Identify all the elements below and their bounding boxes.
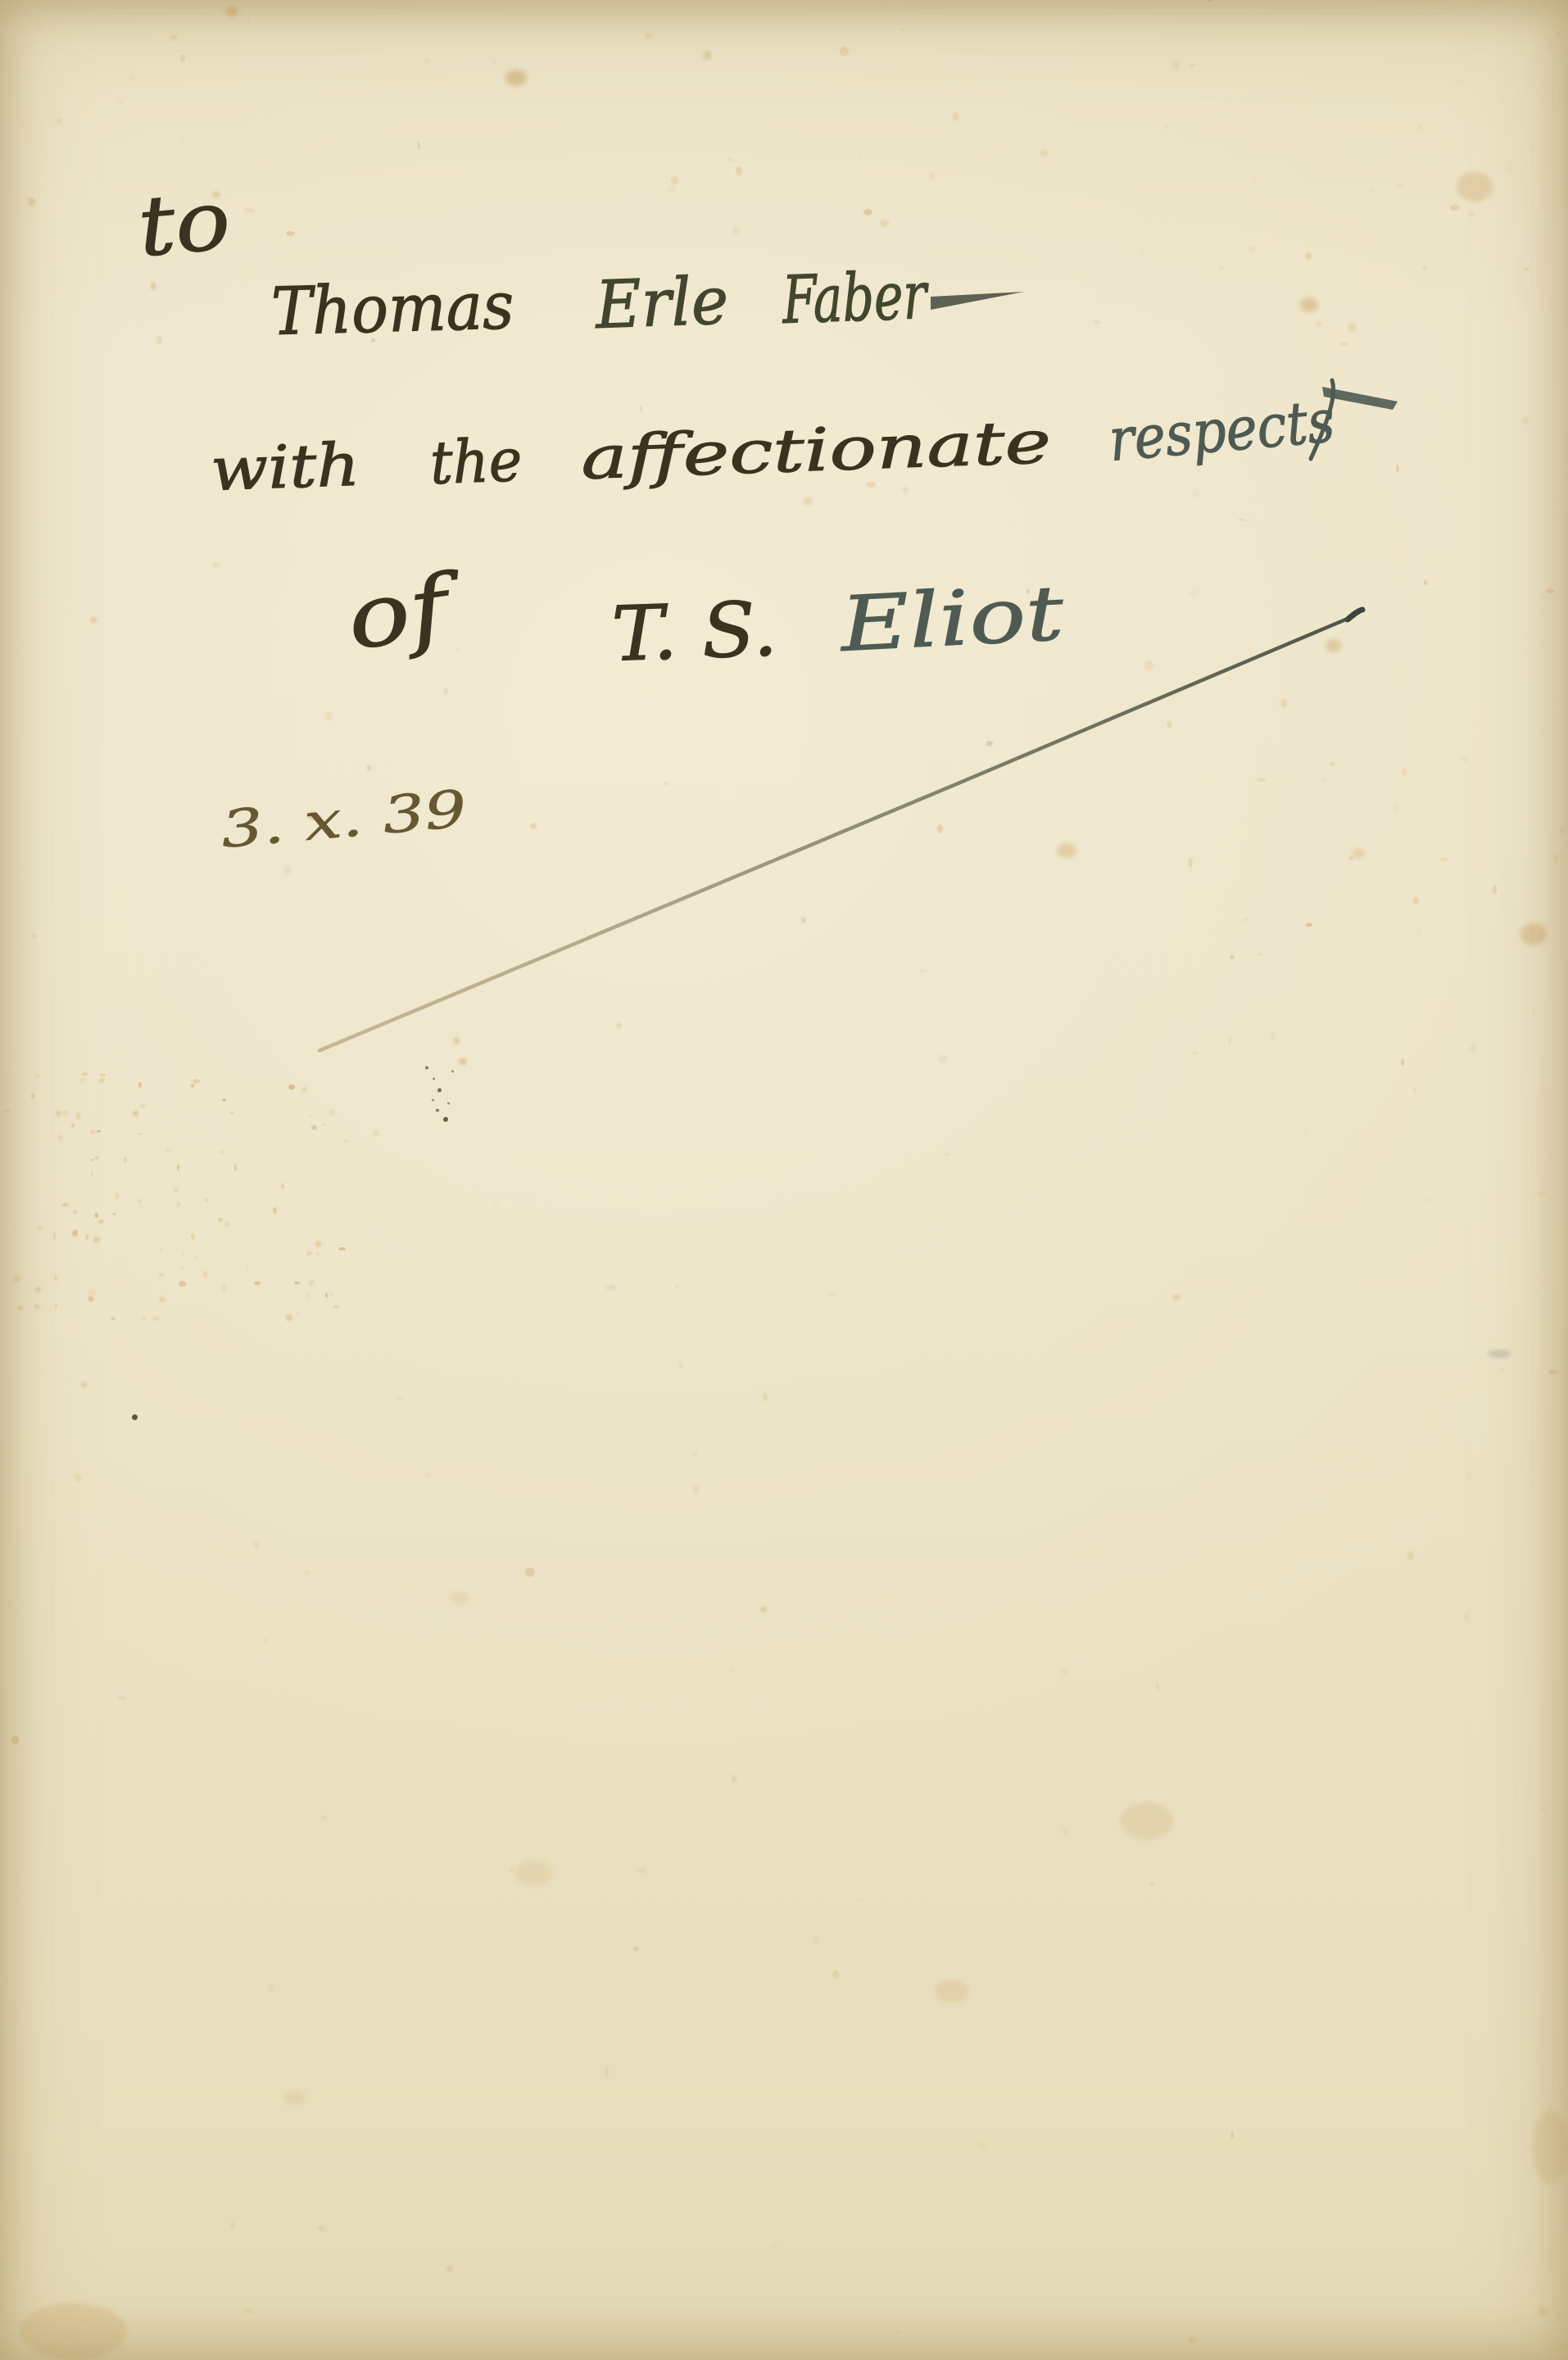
diagonal-pen-line	[319, 616, 1353, 1051]
inscription-recipient-last: Faber	[780, 257, 931, 338]
inscription-date: 3. x. 39	[219, 778, 469, 860]
handwritten-inscription: to Thomas Erle Faber with the affectiona…	[134, 172, 1338, 860]
inscription-recipient-first: Thomas	[270, 267, 514, 350]
inscription-signature-initials: T. S.	[610, 585, 779, 678]
inscription-signature-surname: Eliot	[836, 570, 1067, 669]
inscription-dedication-word-4: respects	[1106, 386, 1337, 474]
inscription-dedication-word-2: the	[429, 425, 523, 497]
inscription-dedication-word-1: with	[210, 430, 361, 504]
faber-flourish-dash	[931, 292, 1024, 310]
diagonal-pen-line-tip	[1348, 610, 1362, 619]
respects-flourish-cap	[1322, 387, 1398, 410]
inscription-dedication-word-3: affectionate	[580, 407, 1053, 492]
inscription-layer: to Thomas Erle Faber with the affectiona…	[0, 0, 1568, 2360]
inscription-salutation: to	[134, 172, 234, 275]
book-endpaper-page: to Thomas Erle Faber with the affectiona…	[0, 0, 1568, 2360]
inscription-recipient-middle: Erle	[593, 262, 730, 343]
inscription-closing-preposition: of	[342, 554, 470, 669]
